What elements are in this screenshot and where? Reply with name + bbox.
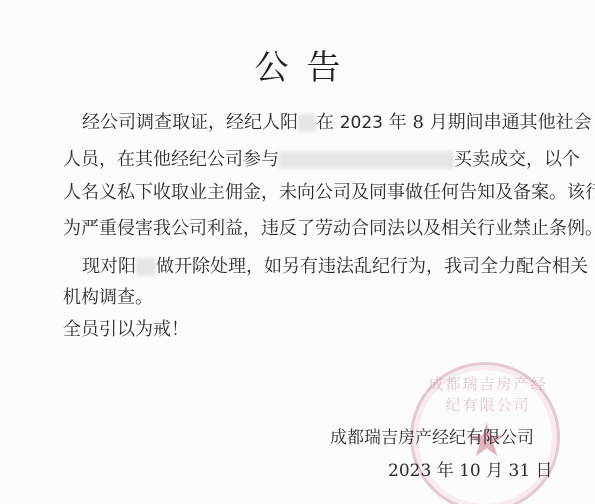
text-segment: 在 [316,112,340,133]
text-segment: 现对阳 [82,256,136,277]
body-line-6: 机构调查。 [63,286,153,310]
body-line-5: 现对阳做开除处理，如另有违法乱纪行为，我司全力配合相关 [82,255,588,279]
company-name: 成都瑞吉房产经纪有限公司 [330,423,534,448]
notice-document: 公告 经公司调查取证，经纪人阳在 2023 年 8 月期间串通其他社会 人员，在… [0,0,595,504]
year-text: 2023 [340,113,383,133]
body-line-2: 人员，在其他经纪公司参与买卖成交，以个 [63,148,580,172]
seal-text: 成都瑞吉房产经纪有限公司 [423,373,553,415]
text-segment: 买卖成交，以个 [454,149,580,170]
text-segment: 年 8 月期间串通其他社会 [383,112,592,133]
redacted-details [279,151,454,169]
redacted-name [136,258,156,276]
issue-date: 2023 年 10 月 31 日 [388,456,553,481]
text-segment: 做开除处理，如另有违法乱纪行为，我司全力配合相关 [156,256,588,277]
document-title: 公告 [0,40,595,89]
text-segment: 经公司调查取证，经纪人阳 [82,112,298,133]
redacted-name [298,114,316,132]
body-line-7: 全员引以为戒！ [63,318,189,342]
body-line-4: 为严重侵害我公司利益，违反了劳动合同法以及相关行业禁止条例。 [63,217,595,241]
body-line-1: 经公司调查取证，经纪人阳在 2023 年 8 月期间串通其他社会 [82,111,592,135]
body-line-3: 人名义私下收取业主佣金，未向公司及同事做任何告知及备案。该行 [63,181,595,205]
text-segment: 人员，在其他经纪公司参与 [63,149,279,170]
